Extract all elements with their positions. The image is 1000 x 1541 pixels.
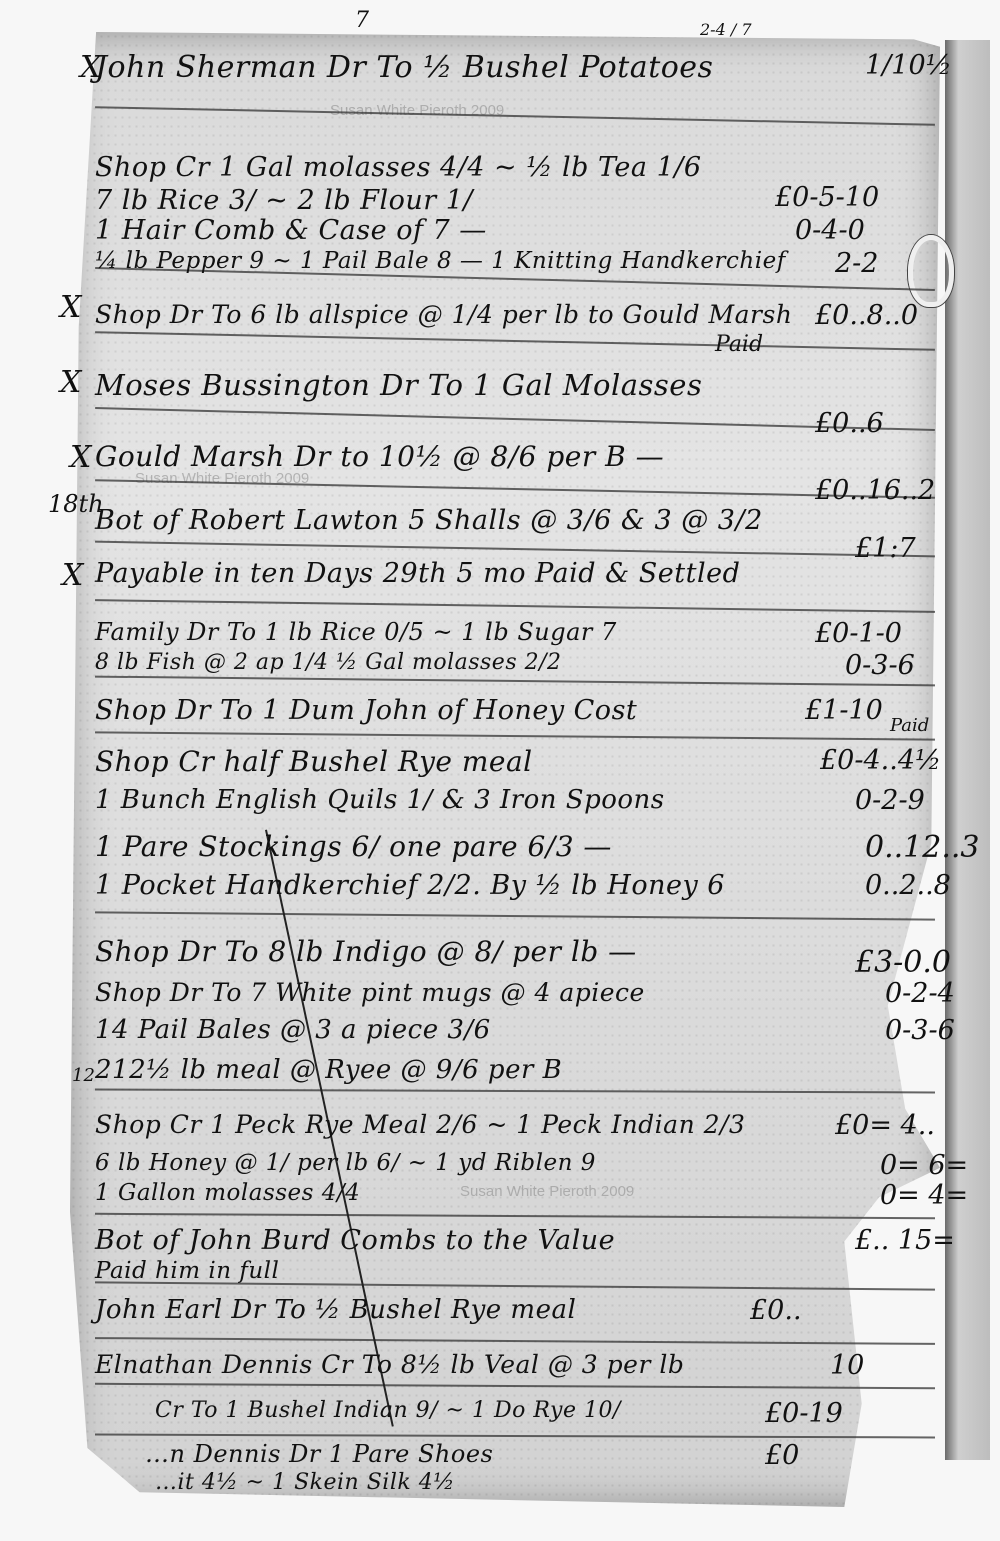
entry-description: Bot of Robert Lawton 5 Shalls @ 3/6 & 3 …	[95, 505, 763, 536]
entry-description: 1 Gallon molasses 4/4	[95, 1180, 360, 1206]
entry-description: Shop Cr 1 Peck Rye Meal 2/6 ~ 1 Peck Ind…	[95, 1110, 745, 1139]
entry-amount: £1:7	[855, 533, 916, 564]
margin-mark: X	[62, 558, 83, 593]
entry-description: 1 Hair Comb & Case of 7 —	[95, 215, 487, 246]
entry-description: Moses Bussington Dr To 1 Gal Molasses	[95, 368, 702, 402]
entry-description: Shop Dr To 7 White pint mugs @ 4 apiece	[95, 978, 645, 1007]
entry-amount: £.. 15=	[855, 1225, 955, 1256]
entry-description: 1 Pare Stockings 6/ one pare 6/3 —	[95, 830, 612, 863]
entry-amount: 0= 6=	[880, 1150, 968, 1181]
entry-description: Payable in ten Days 29th 5 mo Paid & Set…	[95, 558, 740, 589]
margin-mark: 18th	[48, 490, 104, 518]
page-mark: 7	[355, 8, 369, 33]
margin-mark: X	[60, 365, 81, 400]
entry-description: Paid him in full	[95, 1258, 279, 1284]
entry-description: …n Dennis Dr 1 Pare Shoes	[145, 1440, 493, 1468]
margin-mark: 12	[72, 1065, 95, 1086]
entry-amount: 0..12..3	[865, 830, 980, 865]
paid-note: Paid	[715, 332, 763, 357]
binding-string-icon	[908, 235, 954, 307]
entry-description: 1 Pocket Handkerchief 2/2. By ½ lb Honey…	[95, 870, 725, 901]
entry-amount: 0= 4=	[880, 1180, 968, 1211]
entry-amount: £0= 4..	[835, 1110, 935, 1141]
entry-amount: £0..8..0	[815, 300, 918, 331]
paid-note: Paid	[890, 715, 929, 736]
entry-description: Gould Marsh Dr to 10½ @ 8/6 per B —	[95, 440, 664, 473]
margin-mark: X	[60, 290, 81, 325]
entry-amount: 10	[830, 1350, 864, 1381]
entry-amount: £0-1-0	[815, 618, 902, 649]
entry-description: Shop Cr 1 Gal molasses 4/4 ~ ½ lb Tea 1/…	[95, 152, 702, 183]
entry-description: Elnathan Dennis Cr To 8½ lb Veal @ 3 per…	[95, 1350, 684, 1379]
entry-amount: 0-3-6	[845, 650, 915, 681]
entry-amount: £0-19	[765, 1398, 843, 1429]
entry-description: ¼ lb Pepper 9 ~ 1 Pail Bale 8 — 1 Knitti…	[95, 248, 786, 274]
entry-amount: £0	[765, 1440, 799, 1471]
margin-mark: X	[80, 50, 101, 85]
entry-amount: 0-3-6	[885, 1015, 955, 1046]
entry-description: 8 lb Fish @ 2 ap 1/4 ½ Gal molasses 2/2	[95, 650, 562, 675]
entry-amount: 0-4-0	[795, 215, 865, 246]
entry-amount: £0..16..2	[815, 475, 935, 506]
entry-description: 14 Pail Bales @ 3 a piece 3/6	[95, 1015, 491, 1045]
watermark: Susan White Pieroth 2009	[330, 102, 504, 119]
entry-amount: £0..6	[815, 408, 884, 439]
entry-description: …it 4½ ~ 1 Skein Silk 4½	[155, 1470, 455, 1495]
entry-amount: 0-2-4	[885, 978, 955, 1009]
entry-description: John Sherman Dr To ½ Bushel Potatoes	[95, 50, 713, 85]
entry-description: Shop Cr half Bushel Rye meal	[95, 745, 533, 778]
entry-description: Bot of John Burd Combs to the Value	[95, 1225, 615, 1256]
entry-amount: £0..	[750, 1295, 802, 1326]
entry-description: Family Dr To 1 lb Rice 0/5 ~ 1 lb Sugar …	[95, 618, 617, 646]
entry-amount: £0-4..4½	[820, 745, 941, 776]
margin-mark: X	[70, 440, 91, 475]
entry-amount: £1-10	[805, 695, 883, 726]
fraction-note: 2-4 / 7	[700, 20, 752, 39]
entry-amount: 0..2..8	[865, 870, 951, 901]
entry-amount: £0-5-10	[775, 182, 879, 213]
entry-description: Cr To 1 Bushel Indian 9/ ~ 1 Do Rye 10/	[155, 1398, 621, 1423]
watermark: Susan White Pieroth 2009	[460, 1183, 634, 1200]
entry-amount: 1/10½	[865, 50, 952, 81]
entry-description: 7 lb Rice 3/ ~ 2 lb Flour 1/	[95, 185, 473, 216]
entry-description: 1 Bunch English Quils 1/ & 3 Iron Spoons	[95, 785, 665, 815]
entry-amount: £3-0.0	[855, 945, 951, 980]
entry-description: Shop Dr To 1 Dum John of Honey Cost	[95, 695, 637, 726]
entry-description: 212½ lb meal @ Ryee @ 9/6 per B	[95, 1055, 562, 1085]
entry-amount: 0-2-9	[855, 785, 925, 816]
entry-description: 6 lb Honey @ 1/ per lb 6/ ~ 1 yd Riblen …	[95, 1150, 596, 1176]
entry-description: Shop Dr To 6 lb allspice @ 1/4 per lb to…	[95, 300, 792, 329]
entry-description: John Earl Dr To ½ Bushel Rye meal	[95, 1295, 576, 1325]
entry-description: Shop Dr To 8 lb Indigo @ 8/ per lb —	[95, 935, 637, 968]
entry-amount: 2-2	[835, 248, 878, 279]
